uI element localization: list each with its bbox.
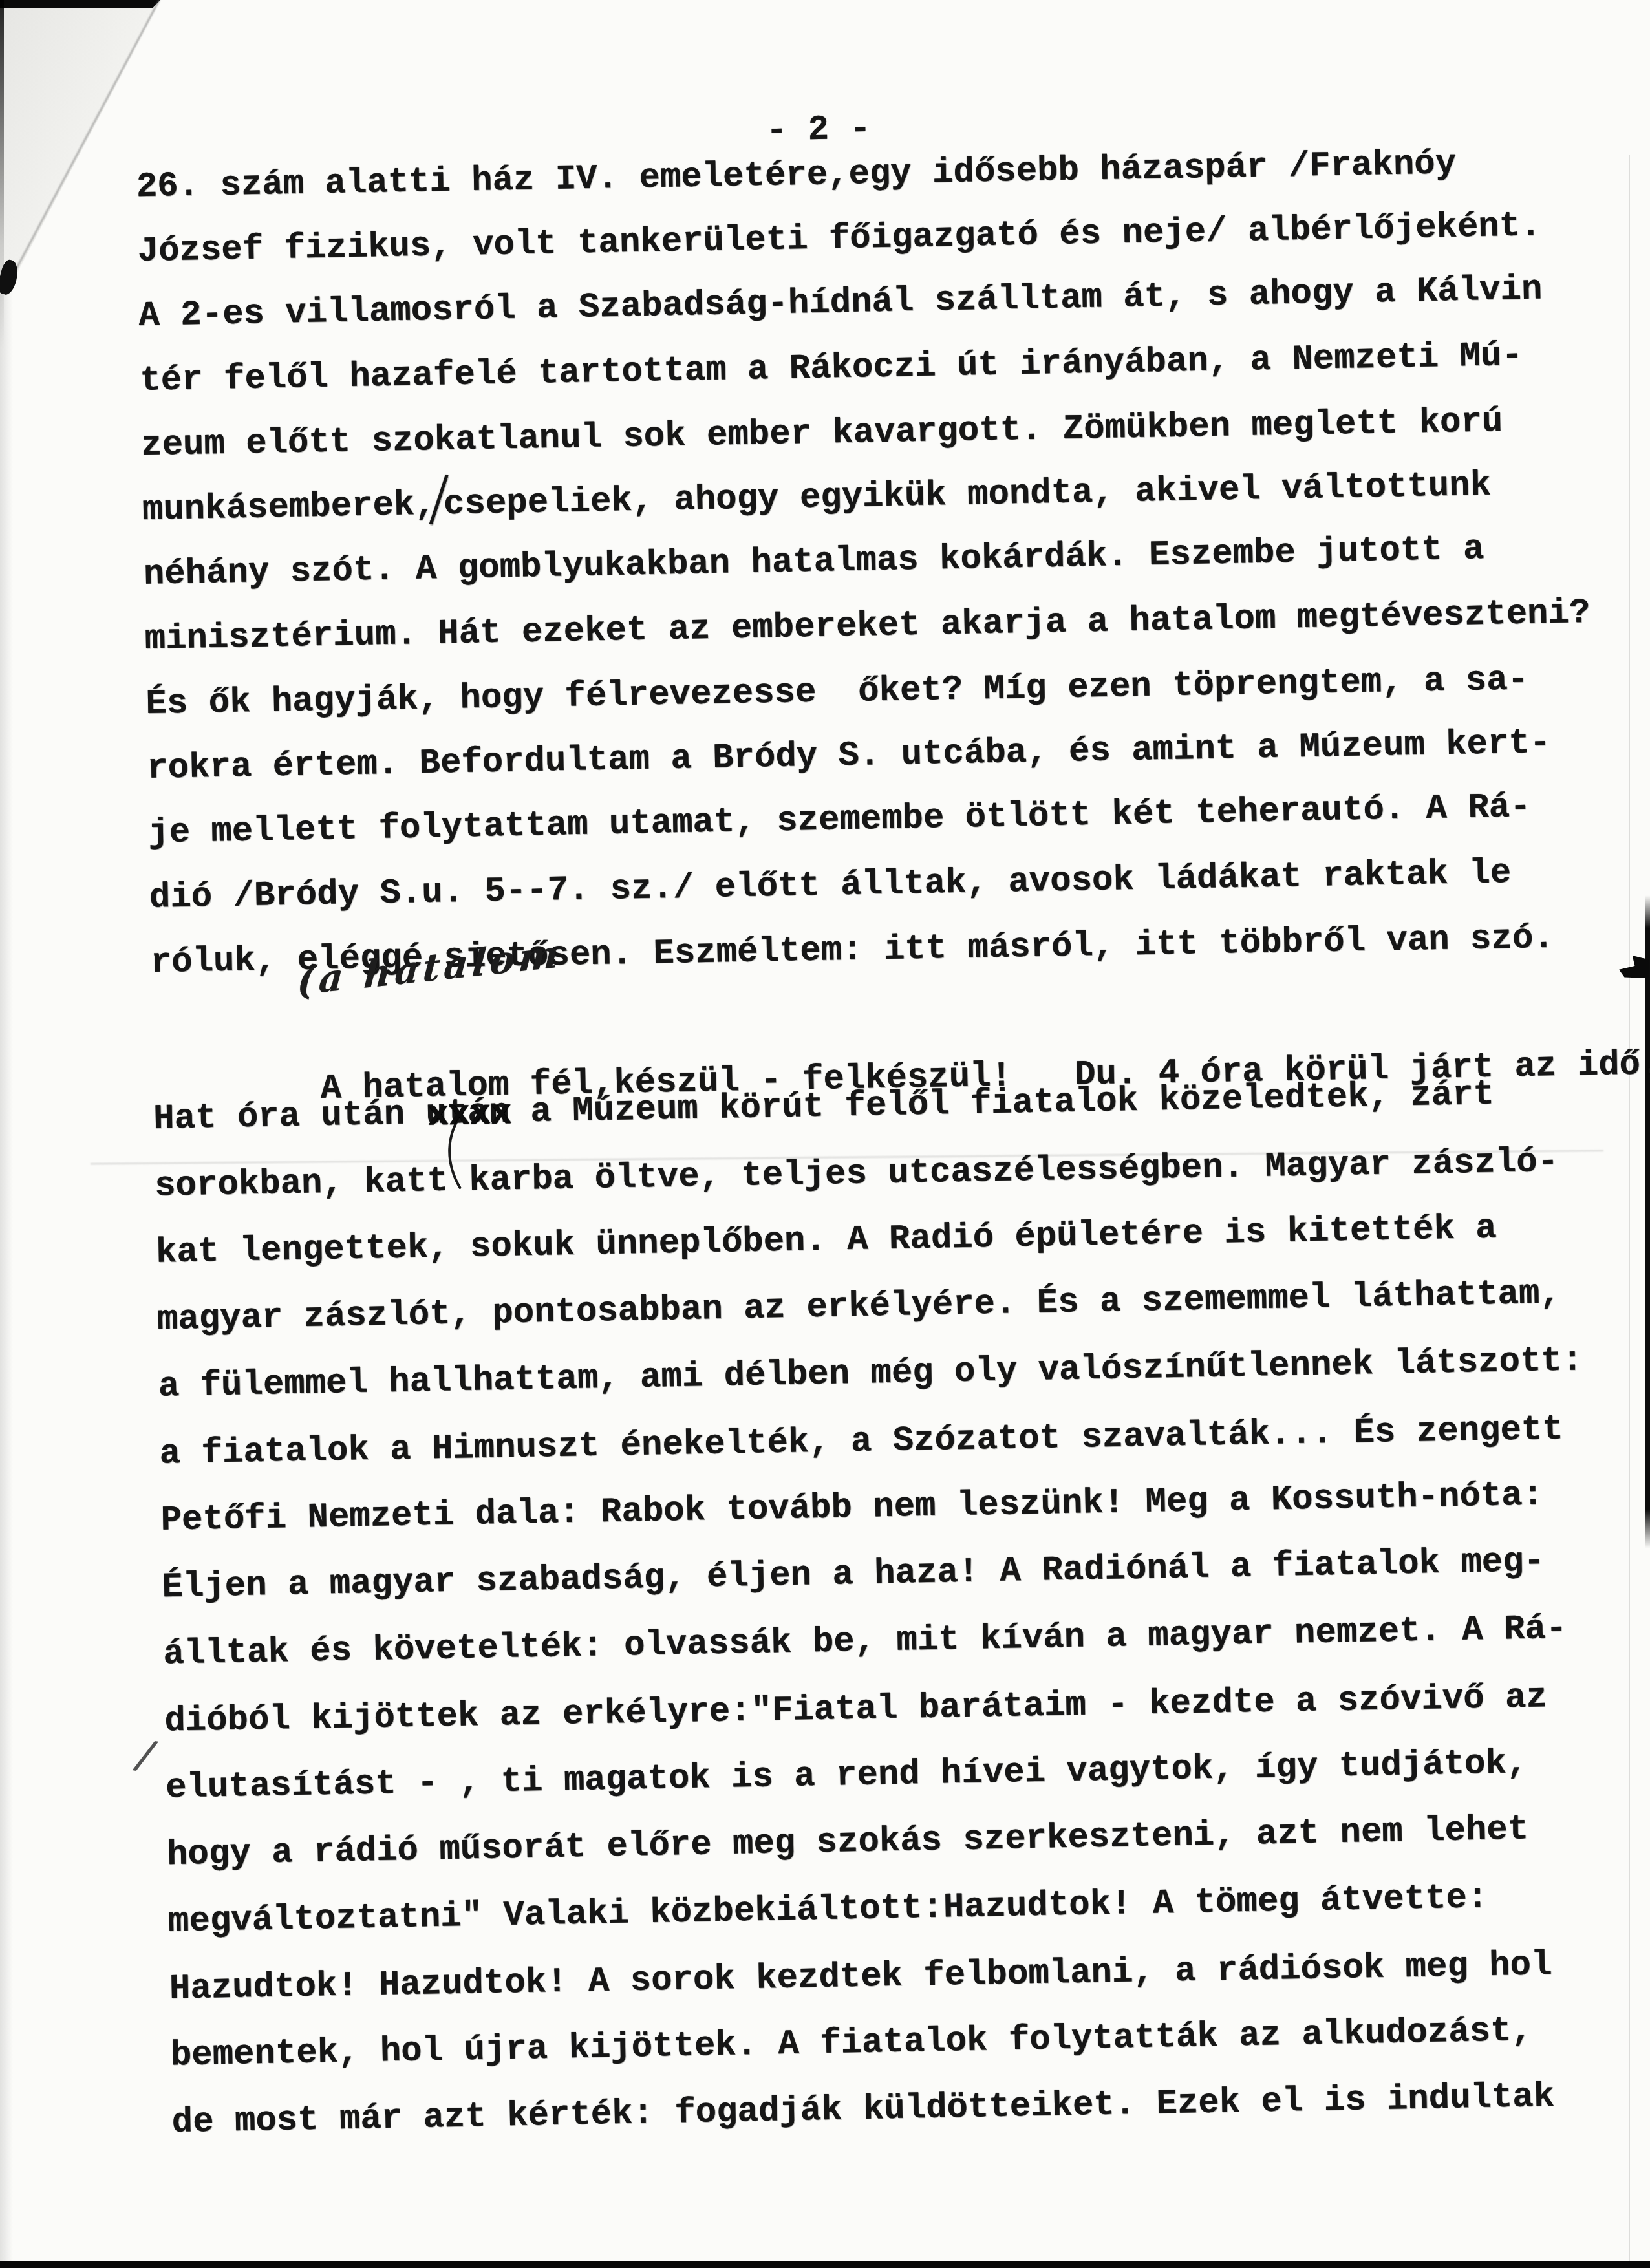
paragraph-1: 26. szám alatti ház IV. emeletére,egy id… (136, 128, 1639, 1060)
line-segment: Hat óra után (153, 1095, 426, 1139)
scanned-document-page: - 2 - 26. szám alatti ház IV. emeletére,… (0, 0, 1650, 2268)
line-segment: elutasítást - , ti magatok is a rend hív… (166, 1744, 1528, 1808)
scan-artifact-top-edge (0, 0, 160, 8)
scan-artifact-left-strip (0, 0, 4, 349)
line-segment: a Múzeum körút felől fiatalok közeledtek… (509, 1075, 1495, 1133)
text-line-14: A hatalom fél,készül - felkészül! Du. 4 … (151, 968, 1639, 1060)
crossed-out-word: után (425, 1080, 510, 1148)
line-segment: csepeliek, ahogy egyikük mondta, akivel … (444, 466, 1492, 525)
paragraph-2: Hat óra után után a Múzeum körút felől f… (153, 1059, 1650, 2157)
document-text: 26. szám alatti ház IV. emeletére,egy id… (136, 128, 1650, 2157)
scan-artifact-bottom-edge (0, 2261, 1650, 2268)
insertion-caret-stroke (437, 982, 467, 1062)
line-segment: munkásemberek, (142, 486, 436, 530)
margin-pencil-mark: / (127, 1726, 163, 1796)
